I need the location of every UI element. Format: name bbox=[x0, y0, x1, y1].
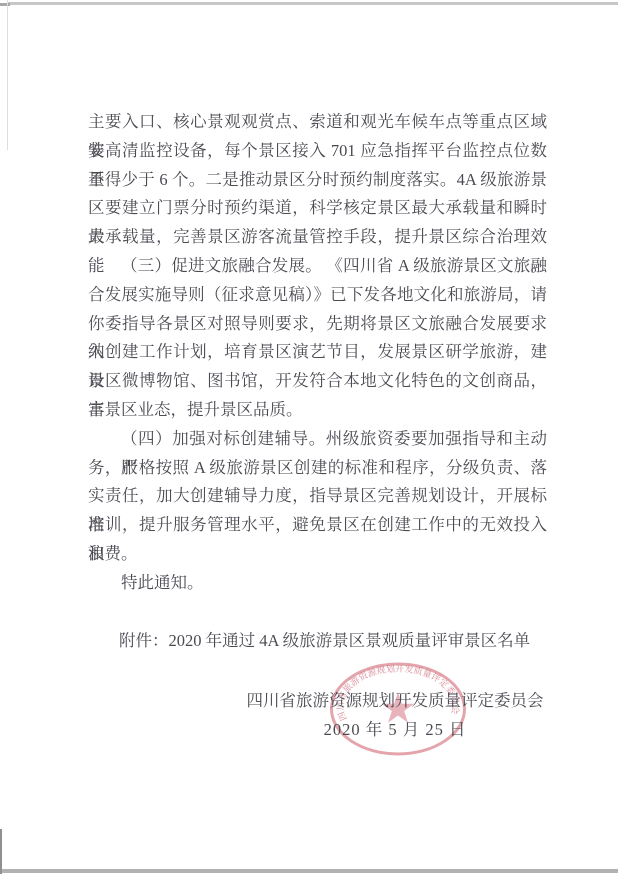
page-top-left-notch bbox=[0, 3, 10, 6]
page-top-edge bbox=[8, 2, 618, 5]
text-line: （四）加强对标创建辅导。州级旅资委要加强指导和主动服 bbox=[88, 425, 547, 454]
page-bottom-edge bbox=[0, 869, 618, 873]
page-left-bottom-edge bbox=[0, 829, 2, 874]
text-line: 区要建立门票分时预约渠道，科学核定景区最大承载量和瞬时最 bbox=[88, 194, 547, 223]
text-line: 你委指导各景区对照导则要求，先期将景区文旅融合发展要求纳 bbox=[88, 310, 547, 339]
text-line: 浪费。 bbox=[88, 540, 547, 569]
text-line: 培训，提升服务管理水平，避免景区在创建工作中的无效投入和 bbox=[88, 511, 547, 540]
page-left-edge bbox=[7, 0, 8, 150]
text-line: （三）促进文旅融合发展。 《四川省 A 级旅游景区文旅融 bbox=[88, 252, 547, 281]
text-line: 主要入口、核心景观观赏点、索道和观光车候车点等重点区域安 bbox=[88, 108, 547, 137]
signature-committee: 四川省旅游资源规划开发质量评定委员会 bbox=[242, 687, 548, 716]
text-line: 景区微博物馆、图书馆，开发符合本地文化特色的文创商品，丰 bbox=[88, 367, 547, 396]
text-line: 合发展实施导则（征求意见稿）》已下发各地文化和旅游局，请 bbox=[88, 281, 547, 310]
text-line: 不得少于 6 个。二是推动景区分时预约制度落实。4A 级旅游景 bbox=[88, 166, 547, 195]
document-page: 主要入口、核心景观观赏点、索道和观光车候车点等重点区域安装高清监控设备，每个景区… bbox=[0, 0, 618, 874]
text-line: 实责任，加大创建辅导力度，指导景区完善规划设计，开展标准 bbox=[88, 482, 547, 511]
signature-date: 2020 年 5 月 25 日 bbox=[242, 716, 548, 745]
text-line: 装高清监控设备，每个景区接入 701 应急指挥平台监控点位数量 bbox=[88, 137, 547, 166]
signature-block: 四川省旅游资源规划开发质量评定委员会 2020 年 5 月 25 日 bbox=[242, 687, 548, 745]
attachment-line: 附件：2020 年通过 4A 级旅游景区景观质量评审景区名单 bbox=[119, 627, 559, 656]
body-text: 主要入口、核心景观观赏点、索道和观光车候车点等重点区域安装高清监控设备，每个景区… bbox=[88, 108, 547, 598]
text-line: 富景区业态，提升景区品质。 bbox=[88, 396, 547, 425]
text-line: 大承载量，完善景区游客流量管控手段，提升景区综合治理效能。 bbox=[88, 223, 547, 252]
text-line: 特此通知。 bbox=[88, 569, 547, 598]
text-line: 务，严格按照 A 级旅游景区创建的标准和程序，分级负责、落 bbox=[88, 454, 547, 483]
text-line: 入创建工作计划，培育景区演艺节目，发展景区研学旅游，建设 bbox=[88, 338, 547, 367]
